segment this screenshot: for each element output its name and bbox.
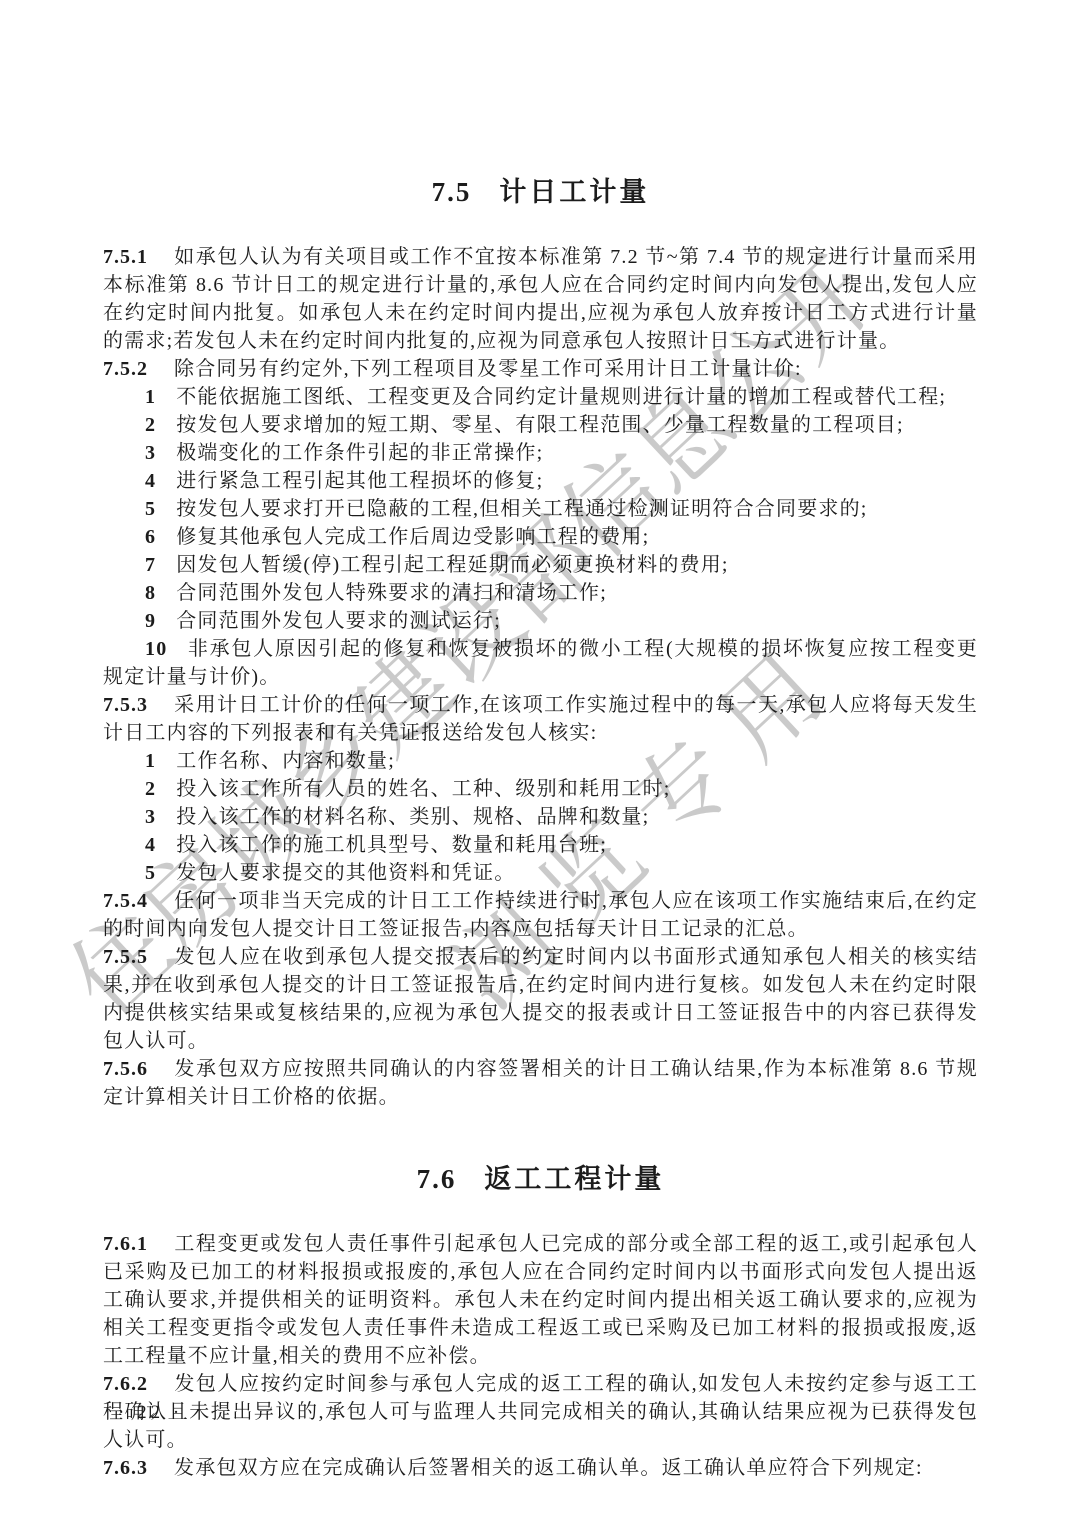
list-item: 4投入该工作的施工机具型号、数量和耗用台班; — [103, 831, 978, 859]
item-number: 8 — [145, 582, 156, 604]
item-number: 5 — [145, 862, 156, 884]
clause-text: 发包人应在收到承包人提交报表后的约定时间内以书面形式通知承包人相关的核实结果,并… — [103, 946, 978, 1052]
item-number: 10 — [145, 638, 167, 660]
item-text: 修复其他承包人完成工作后周边受影响工程的费用; — [176, 526, 649, 548]
clause-7-5-2: 7.5.2除合同另有约定外,下列工程项目及零星工作可采用计日工计量计价: — [103, 355, 978, 383]
item-number: 7 — [145, 554, 156, 576]
item-number: 4 — [145, 834, 156, 856]
clause-7-5-1: 7.5.1如承包人认为有关项目或工作不宜按本标准第 7.2 节~第 7.4 节的… — [103, 243, 978, 355]
clause-7-5-6: 7.5.6发承包双方应按照共同确认的内容签署相关的计日工确认结果,作为本标准第 … — [103, 1055, 978, 1111]
item-text: 非承包人原因引起的修复和恢复被损坏的微小工程(大规模的损坏恢复应按工程变更规定计… — [103, 638, 978, 688]
item-number: 4 — [145, 470, 156, 492]
item-text: 投入该工作所有人员的姓名、工种、级别和耗用工时; — [176, 778, 670, 800]
section-7-6-title: 7.6返工工程计量 — [103, 1157, 978, 1196]
item-number: 1 — [145, 386, 156, 408]
section-title-text: 计日工计量 — [499, 177, 649, 207]
document-page: 住房城乡建设部信息公开 浏览专用 7.5计日工计量 7.5.1如承包人认为有关项… — [0, 0, 1080, 1529]
item-text: 极端变化的工作条件引起的非正常操作; — [176, 442, 543, 464]
item-text: 按发包人要求增加的短工期、零星、有限工程范围、少量工程数量的工程项目; — [176, 414, 904, 436]
item-number: 6 — [145, 526, 156, 548]
document-content: 7.5计日工计量 7.5.1如承包人认为有关项目或工作不宜按本标准第 7.2 节… — [103, 170, 978, 1482]
clause-number: 7.6.2 — [103, 1373, 148, 1395]
clause-number: 7.5.1 — [103, 246, 148, 268]
list-item: 9合同范围外发包人要求的测试运行; — [103, 607, 978, 635]
item-text: 合同范围外发包人要求的测试运行; — [176, 610, 501, 632]
list-item: 1工作名称、内容和数量; — [103, 747, 978, 775]
item-text: 合同范围外发包人特殊要求的清扫和清场工作; — [176, 582, 607, 604]
list-item: 2投入该工作所有人员的姓名、工种、级别和耗用工时; — [103, 775, 978, 803]
list-item: 6修复其他承包人完成工作后周边受影响工程的费用; — [103, 523, 978, 551]
list-item: 4进行紧急工程引起其他工程损坏的修复; — [103, 467, 978, 495]
list-item: 1不能依据施工图纸、工程变更及合同约定计量规则进行计量的增加工程或替代工程; — [103, 383, 978, 411]
item-number: 9 — [145, 610, 156, 632]
clause-number: 7.6.1 — [103, 1233, 148, 1255]
list-item: 10非承包人原因引起的修复和恢复被损坏的微小工程(大规模的损坏恢复应按工程变更规… — [103, 635, 978, 691]
clause-text: 采用计日工计价的任何一项工作,在该项工作实施过程中的每一天,承包人应将每天发生计… — [103, 694, 978, 744]
clause-number: 7.5.3 — [103, 694, 148, 716]
clause-number: 7.5.5 — [103, 946, 148, 968]
clause-7-5-5: 7.5.5发包人应在收到承包人提交报表后的约定时间内以书面形式通知承包人相关的核… — [103, 943, 978, 1055]
list-item: 5按发包人要求打开已隐蔽的工程,但相关工程通过检测证明符合合同要求的; — [103, 495, 978, 523]
section-title-text: 返工工程计量 — [484, 1164, 664, 1194]
item-number: 2 — [145, 414, 156, 436]
clause-7-6-3: 7.6.3发承包双方应在完成确认后签署相关的返工确认单。返工确认单应符合下列规定… — [103, 1454, 978, 1482]
clause-text: 工程变更或发包人责任事件引起承包人已完成的部分或全部工程的返工,或引起承包人已采… — [103, 1233, 978, 1367]
clause-number: 7.5.2 — [103, 358, 148, 380]
item-text: 工作名称、内容和数量; — [176, 750, 395, 772]
clause-number: 7.6.3 — [103, 1457, 148, 1479]
clause-text: 任何一项非当天完成的计日工工作持续进行时,承包人应在该项工作实施结束后,在约定的… — [103, 890, 978, 940]
clause-number: 7.5.4 — [103, 890, 148, 912]
item-number: 3 — [145, 806, 156, 828]
item-text: 进行紧急工程引起其他工程损坏的修复; — [176, 470, 543, 492]
clause-text: 如承包人认为有关项目或工作不宜按本标准第 7.2 节~第 7.4 节的规定进行计… — [103, 246, 978, 352]
item-text: 按发包人要求打开已隐蔽的工程,但相关工程通过检测证明符合合同要求的; — [176, 498, 867, 520]
page-number: · 22 · — [118, 1402, 183, 1424]
item-text: 发包人要求提交的其他资料和凭证。 — [176, 862, 515, 884]
list-item: 8合同范围外发包人特殊要求的清扫和清场工作; — [103, 579, 978, 607]
item-text: 因发包人暂缓(停)工程引起工程延期而必须更换材料的费用; — [176, 554, 728, 576]
clause-text: 发承包双方应按照共同确认的内容签署相关的计日工确认结果,作为本标准第 8.6 节… — [103, 1058, 978, 1108]
item-text: 投入该工作的材料名称、类别、规格、品牌和数量; — [176, 806, 649, 828]
clause-number: 7.5.6 — [103, 1058, 148, 1080]
section-7-5-title: 7.5计日工计量 — [103, 170, 978, 209]
item-number: 2 — [145, 778, 156, 800]
item-number: 1 — [145, 750, 156, 772]
list-item: 2按发包人要求增加的短工期、零星、有限工程范围、少量工程数量的工程项目; — [103, 411, 978, 439]
list-item: 5发包人要求提交的其他资料和凭证。 — [103, 859, 978, 887]
item-number: 5 — [145, 498, 156, 520]
clause-text: 除合同另有约定外,下列工程项目及零星工作可采用计日工计量计价: — [174, 358, 802, 380]
item-text: 投入该工作的施工机具型号、数量和耗用台班; — [176, 834, 607, 856]
item-text: 不能依据施工图纸、工程变更及合同约定计量规则进行计量的增加工程或替代工程; — [176, 386, 946, 408]
item-number: 3 — [145, 442, 156, 464]
section-number: 7.5 — [432, 177, 472, 207]
section-number: 7.6 — [417, 1164, 457, 1194]
list-item: 3极端变化的工作条件引起的非正常操作; — [103, 439, 978, 467]
list-item: 7因发包人暂缓(停)工程引起工程延期而必须更换材料的费用; — [103, 551, 978, 579]
clause-text: 发承包双方应在完成确认后签署相关的返工确认单。返工确认单应符合下列规定: — [174, 1457, 923, 1479]
clause-7-5-3: 7.5.3采用计日工计价的任何一项工作,在该项工作实施过程中的每一天,承包人应将… — [103, 691, 978, 747]
clause-text: 发包人应按约定时间参与承包人完成的返工工程的确认,如发包人未按约定参与返工工程确… — [103, 1373, 978, 1451]
clause-7-6-1: 7.6.1工程变更或发包人责任事件引起承包人已完成的部分或全部工程的返工,或引起… — [103, 1230, 978, 1370]
list-item: 3投入该工作的材料名称、类别、规格、品牌和数量; — [103, 803, 978, 831]
clause-7-6-2: 7.6.2发包人应按约定时间参与承包人完成的返工工程的确认,如发包人未按约定参与… — [103, 1370, 978, 1454]
clause-7-5-4: 7.5.4任何一项非当天完成的计日工工作持续进行时,承包人应在该项工作实施结束后… — [103, 887, 978, 943]
